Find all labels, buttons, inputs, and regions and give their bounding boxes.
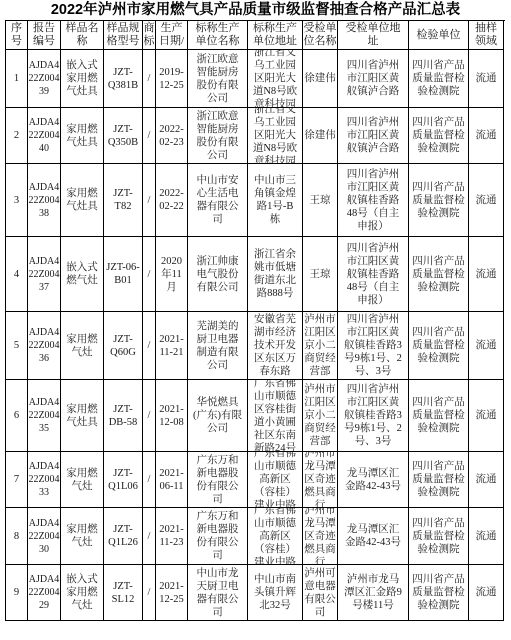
cell-text: 芜湖美的厨卫电器制造有限公司: [192, 320, 243, 372]
cell-text: 浙江省余姚市低塘街道东北路888号: [252, 248, 298, 300]
cell-text: /: [148, 409, 151, 422]
table-cell: 2022-02-22: [156, 164, 188, 237]
cell-text: 家用燃气灶具: [64, 123, 100, 149]
table-cell: 家用燃气灶具: [61, 380, 104, 452]
column-header: 受检单位地址: [338, 21, 409, 50]
cell-text: 流通: [476, 129, 497, 142]
cell-text: /: [148, 473, 151, 486]
table-cell: 2022-02-23: [156, 108, 188, 164]
cell-text: 广东省佛山市顺德高新区（容桂）建业中路: [252, 452, 298, 508]
table-cell: JZT-DB-58: [104, 380, 143, 452]
cell-text: 浙江省义乌工业园区阳光大道N8号欧意科技园: [252, 50, 298, 108]
cell-text: AJDA422Z00440: [28, 116, 60, 155]
cell-text: /: [148, 72, 151, 85]
cell-text: 四川省产品质量监督检验检测院: [410, 181, 467, 220]
cell-text: 5: [14, 339, 19, 352]
cell-text: JZT-DB-58: [106, 403, 140, 429]
column-header: 商标: [143, 21, 156, 50]
cell-text: 广东省佛山市顺德区容桂街道小黄圃社区东南新路24号: [252, 380, 298, 452]
cell-text: JZT-Q1L26: [106, 523, 140, 549]
cell-text: /: [148, 129, 151, 142]
table-cell: 浙江省义乌工业园区阳光大道N8号欧意科技园: [248, 50, 303, 108]
cell-text: AJDA422Z00437: [28, 255, 60, 294]
cell-text: 2021-11-21: [156, 333, 187, 359]
table-cell: 泸州市江阳区京小二商贸经营部: [303, 312, 338, 380]
column-header-label: 检验单位: [417, 29, 461, 42]
cell-text: AJDA422Z00439: [28, 59, 60, 98]
cell-text: 浙江欧意智能厨房股份有限公司: [192, 53, 243, 105]
cell-text: 龙马潭区汇金路42-43号: [342, 523, 404, 549]
column-header: 样品名称: [61, 21, 104, 50]
cell-text: 中山市南头镇升辉北32号: [252, 573, 298, 612]
cell-text: 华悦燃具(广东)有限公司: [192, 396, 243, 435]
cell-text: 流通: [476, 409, 497, 422]
cell-text: 广东省佛山市顺德高新区（容桂）建业中路: [252, 508, 298, 565]
cell-text: JZT-T82: [106, 187, 140, 213]
table-cell: 1: [6, 50, 28, 108]
table-cell: 5: [6, 312, 28, 380]
table-cell: /: [143, 237, 156, 312]
cell-text: 泸州市江阳区京小二商贸经营部: [303, 313, 337, 378]
table-cell: 四川省产品质量监督检验检测院: [409, 452, 469, 508]
cell-text: 四川省产品质量监督检验检测院: [410, 116, 467, 155]
table-cell: 2021-11-21: [156, 312, 188, 380]
table-cell: /: [143, 108, 156, 164]
table-cell: 广东省佛山市顺德高新区（容桂）建业中路: [248, 452, 303, 508]
cell-text: 家用燃气灶具: [64, 187, 100, 213]
table-cell: 流通: [469, 50, 504, 108]
cell-text: 流通: [476, 586, 497, 599]
cell-text: /: [148, 339, 151, 352]
cell-text: 四川省产品质量监督检验检测院: [410, 573, 467, 612]
table-cell: 流通: [469, 452, 504, 508]
cell-text: 徐建伟: [304, 72, 336, 85]
table-cell: AJDA422Z00436: [28, 312, 61, 380]
cell-text: 2021-11-23: [156, 523, 187, 549]
table-cell: 泸州市龙马潭区奇迹燃具商行: [303, 508, 338, 565]
table-cell: 广东万和新电器股份有限公司: [188, 452, 248, 508]
table-cell: 泸州市龙马潭区奇迹燃具商行: [303, 452, 338, 508]
table-cell: JZT-Q350B: [104, 108, 143, 164]
table-cell: AJDA422Z00438: [28, 164, 61, 237]
cell-text: AJDA422Z00435: [28, 396, 60, 435]
table-cell: AJDA422Z00440: [28, 108, 61, 164]
cell-text: JZT-Q60G: [106, 333, 140, 359]
table-cell: 2020年11月: [156, 237, 188, 312]
cell-text: 家用燃气灶: [64, 523, 100, 549]
column-header-label: 样品规格型号: [106, 22, 140, 48]
cell-text: 流通: [476, 72, 497, 85]
cell-text: 2021-12-08: [156, 403, 187, 429]
table-cell: 家用燃气灶具: [61, 164, 104, 237]
cell-text: 中山市三角镇金煌路1号-B栋: [252, 174, 298, 226]
cell-text: 2019-12-25: [156, 66, 187, 92]
table-cell: 四川省产品质量监督检验检测院: [409, 50, 469, 108]
table-cell: 流通: [469, 164, 504, 237]
table-cell: 中山市安心生活电器有限公司: [188, 164, 248, 237]
table-cell: 四川省泸州市江阳区黄舣镇桂香路3号9栋1号、2号、3号: [338, 380, 409, 452]
cell-text: 四川省产品质量监督检验检测院: [410, 59, 467, 98]
table-cell: 四川省泸州市江阳区黄舣镇泸合路: [338, 108, 409, 164]
table-cell: AJDA422Z00437: [28, 237, 61, 312]
cell-text: JZT-Q381B: [106, 66, 140, 92]
cell-text: 2021-12-25: [156, 580, 187, 606]
table-cell: /: [143, 452, 156, 508]
cell-text: 4: [14, 268, 19, 281]
table-cell: 中山市龙天厨卫电器有限公司: [188, 565, 248, 621]
table-cell: 芜湖美的厨卫电器制造有限公司: [188, 312, 248, 380]
cell-text: 2022-02-23: [156, 123, 187, 149]
summary-table: 序号报告编号样品名称样品规格型号商标生产日期/标称生产单位名称标称生产单位地址受…: [5, 20, 505, 621]
cell-text: 浙江省义乌工业园区阳光大道N8号欧意科技园: [252, 108, 298, 164]
cell-text: 浙江帅康电气股份有限公司: [192, 255, 243, 294]
cell-text: 家用燃气灶: [64, 333, 100, 359]
table-cell: 龙马潭区汇金路42-43号: [338, 508, 409, 565]
table-cell: JZT-Q1L26: [104, 508, 143, 565]
cell-text: 嵌入式家用燃气灶具: [64, 59, 100, 98]
cell-text: AJDA422Z00438: [28, 181, 60, 220]
table-cell: 华悦燃具(广东)有限公司: [188, 380, 248, 452]
cell-text: 浙江欧意智能厨房股份有限公司: [192, 110, 243, 162]
table-cell: AJDA422Z00430: [28, 508, 61, 565]
cell-text: /: [148, 586, 151, 599]
cell-text: 四川省泸州市江阳区黄舣镇泸合路: [342, 116, 404, 155]
cell-text: 2022-02-22: [156, 187, 187, 213]
column-header-label: 受检单位地址: [342, 22, 404, 48]
table-cell: 四川省产品质量监督检验检测院: [409, 164, 469, 237]
table-cell: 8: [6, 508, 28, 565]
table-cell: 家用燃气灶: [61, 312, 104, 380]
table-cell: 四川省产品质量监督检验检测院: [409, 508, 469, 565]
cell-text: 四川省产品质量监督检验检测院: [410, 460, 467, 499]
cell-text: AJDA422Z00436: [28, 326, 60, 365]
cell-text: 安徽省芜湖市经济技术开发区东区万春东路: [252, 313, 298, 378]
table-cell: 2021-12-25: [156, 565, 188, 621]
table-cell: 泸州可意电器有限公司: [303, 565, 338, 621]
cell-text: 2021-06-11: [156, 467, 187, 493]
page-title: 2022年泸州市家用燃气具产品质量市级监督抽查合格产品汇总表: [0, 0, 511, 20]
column-header: 序号: [6, 21, 28, 50]
cell-text: 中山市安心生活电器有限公司: [192, 174, 243, 226]
cell-text: 泸州市龙马潭区奇迹燃具商行: [303, 508, 337, 565]
cell-text: 四川省产品质量监督检验检测院: [410, 326, 467, 365]
column-header-label: 商标: [144, 22, 155, 48]
column-header-label: 标称生产单位地址: [252, 22, 298, 48]
table-cell: 广东省佛山市顺德高新区（容桂）建业中路: [248, 508, 303, 565]
column-header: 检验单位: [409, 21, 469, 50]
column-header: 报告编号: [28, 21, 61, 50]
table-cell: 四川省泸州市江阳区黄舣镇桂香路48号（自主申报）: [338, 237, 409, 312]
cell-text: 流通: [476, 473, 497, 486]
table-cell: 9: [6, 565, 28, 621]
cell-text: /: [148, 268, 151, 281]
table-cell: 中山市三角镇金煌路1号-B栋: [248, 164, 303, 237]
column-header-label: 报告编号: [29, 22, 59, 48]
cell-text: 四川省泸州市江阳区黄舣镇桂香路3号9栋1号、2号、3号: [342, 383, 404, 448]
column-header-label: 生产日期/: [156, 22, 187, 48]
cell-text: 流通: [476, 194, 497, 207]
table-cell: 广东省佛山市顺德区容桂街道小黄圃社区东南新路24号: [248, 380, 303, 452]
cell-text: 泸州市龙马潭区汇金路9号楼11号: [342, 573, 404, 612]
table-cell: JZT-Q60G: [104, 312, 143, 380]
cell-text: AJDA422Z00429: [28, 573, 60, 612]
cell-text: 徐建伟: [304, 129, 336, 142]
table-cell: 2019-12-25: [156, 50, 188, 108]
cell-text: 1: [14, 72, 19, 85]
table-cell: 家用燃气灶具: [61, 108, 104, 164]
table-cell: JZT-SL12: [104, 565, 143, 621]
column-header: 标称生产单位地址: [248, 21, 303, 50]
cell-text: JZT-Q1L06: [106, 467, 140, 493]
column-header: 生产日期/: [156, 21, 188, 50]
table-cell: AJDA422Z00433: [28, 452, 61, 508]
table-cell: 2021-06-11: [156, 452, 188, 508]
cell-text: JZT-Q350B: [106, 123, 140, 149]
cell-text: AJDA422Z00430: [28, 517, 60, 556]
cell-text: 四川省产品质量监督检验检测院: [410, 255, 467, 294]
table-cell: JZT-Q1L06: [104, 452, 143, 508]
column-header: 标称生产单位名称: [188, 21, 248, 50]
column-header-label: 抽样领域: [470, 22, 502, 48]
table-cell: 嵌入式燃气灶: [61, 237, 104, 312]
table-cell: 泸州市江阳区京小二商贸经营部: [303, 380, 338, 452]
cell-text: 流通: [476, 530, 497, 543]
cell-text: 广东万和新电器股份有限公司: [192, 454, 243, 506]
table-cell: 流通: [469, 312, 504, 380]
table-cell: AJDA422Z00439: [28, 50, 61, 108]
cell-text: 中山市龙天厨卫电器有限公司: [192, 567, 243, 619]
column-header-label: 序号: [7, 22, 26, 48]
cell-text: 嵌入式家用燃气灶: [64, 573, 100, 612]
column-header: 受检单位名称: [303, 21, 338, 50]
table-cell: 龙马潭区汇金路42-43号: [338, 452, 409, 508]
cell-text: 泸州市龙马潭区奇迹燃具商行: [303, 452, 337, 508]
table-cell: 中山市南头镇升辉北32号: [248, 565, 303, 621]
cell-text: 家用燃气灶具: [64, 403, 100, 429]
table-cell: 泸州市龙马潭区汇金路9号楼11号: [338, 565, 409, 621]
table-cell: 流通: [469, 380, 504, 452]
cell-text: 四川省泸州市江阳区黄舣镇桂香路3号9栋1号、2号、3号: [342, 313, 404, 378]
table-cell: 嵌入式家用燃气灶: [61, 565, 104, 621]
table-cell: 安徽省芜湖市经济技术开发区东区万春东路: [248, 312, 303, 380]
cell-text: 流通: [476, 268, 497, 281]
table-cell: 广东万和新电器股份有限公司: [188, 508, 248, 565]
table-cell: 四川省泸州市江阳区黄舣镇桂香路48号（自主申报）: [338, 164, 409, 237]
cell-text: 2020年11月: [156, 255, 187, 294]
cell-text: 8: [14, 530, 19, 543]
table-cell: 徐建伟: [303, 50, 338, 108]
cell-text: AJDA422Z00433: [28, 460, 60, 499]
cell-text: 3: [14, 194, 19, 207]
table-cell: JZT-T82: [104, 164, 143, 237]
table-cell: JZT-06-B01: [104, 237, 143, 312]
cell-text: 2: [14, 129, 19, 142]
table-cell: /: [143, 50, 156, 108]
document-page: 2022年泸州市家用燃气具产品质量市级监督抽查合格产品汇总表 序号报告编号样品名…: [0, 0, 511, 640]
table-cell: 浙江帅康电气股份有限公司: [188, 237, 248, 312]
column-header: 样品规格型号: [104, 21, 143, 50]
cell-text: JZT-06-B01: [106, 261, 140, 287]
table-cell: /: [143, 164, 156, 237]
table-cell: 四川省产品质量监督检验检测院: [409, 565, 469, 621]
table-cell: 浙江欧意智能厨房股份有限公司: [188, 50, 248, 108]
table-cell: AJDA422Z00435: [28, 380, 61, 452]
cell-text: 泸州市江阳区京小二商贸经营部: [303, 383, 337, 448]
table-cell: 浙江欧意智能厨房股份有限公司: [188, 108, 248, 164]
table-cell: 王琼: [303, 237, 338, 312]
cell-text: 王琼: [310, 268, 331, 281]
cell-text: /: [148, 194, 151, 207]
column-header-label: 受检单位名称: [303, 22, 337, 48]
cell-text: 王琼: [310, 194, 331, 207]
table-cell: 3: [6, 164, 28, 237]
column-header-label: 标称生产单位名称: [192, 22, 243, 48]
cell-text: /: [148, 530, 151, 543]
table-cell: 2021-11-23: [156, 508, 188, 565]
table-cell: 2: [6, 108, 28, 164]
cell-text: 9: [14, 586, 19, 599]
table-cell: 流通: [469, 237, 504, 312]
table-cell: AJDA422Z00429: [28, 565, 61, 621]
table-cell: 家用燃气灶: [61, 452, 104, 508]
table-cell: 四川省产品质量监督检验检测院: [409, 312, 469, 380]
table-cell: /: [143, 508, 156, 565]
table-cell: /: [143, 380, 156, 452]
table-cell: 2021-12-08: [156, 380, 188, 452]
table-cell: 四川省泸州市江阳区黄舣镇泸合路: [338, 50, 409, 108]
cell-text: 广东万和新电器股份有限公司: [192, 510, 243, 562]
cell-text: 嵌入式燃气灶: [64, 261, 100, 287]
table-cell: 4: [6, 237, 28, 312]
column-header-label: 样品名称: [64, 22, 100, 48]
table-cell: 四川省泸州市江阳区黄舣镇桂香路3号9栋1号、2号、3号: [338, 312, 409, 380]
table-cell: 四川省产品质量监督检验检测院: [409, 237, 469, 312]
cell-text: 四川省产品质量监督检验检测院: [410, 517, 467, 556]
cell-text: 四川省泸州市江阳区黄舣镇桂香路48号（自主申报）: [342, 242, 404, 307]
table-cell: 流通: [469, 508, 504, 565]
table-cell: 流通: [469, 108, 504, 164]
cell-text: JZT-SL12: [106, 580, 140, 606]
table-cell: /: [143, 565, 156, 621]
table-cell: 四川省产品质量监督检验检测院: [409, 380, 469, 452]
table-cell: 王琼: [303, 164, 338, 237]
table-cell: 浙江省余姚市低塘街道东北路888号: [248, 237, 303, 312]
table-cell: 7: [6, 452, 28, 508]
table-cell: 徐建伟: [303, 108, 338, 164]
cell-text: 四川省产品质量监督检验检测院: [410, 396, 467, 435]
table-cell: 四川省产品质量监督检验检测院: [409, 108, 469, 164]
cell-text: 流通: [476, 339, 497, 352]
table-cell: JZT-Q381B: [104, 50, 143, 108]
cell-text: 四川省泸州市江阳区黄舣镇桂香路48号（自主申报）: [342, 168, 404, 233]
table-cell: 嵌入式家用燃气灶具: [61, 50, 104, 108]
cell-text: 7: [14, 473, 19, 486]
table-cell: /: [143, 312, 156, 380]
cell-text: 龙马潭区汇金路42-43号: [342, 467, 404, 493]
table-cell: 浙江省义乌工业园区阳光大道N8号欧意科技园: [248, 108, 303, 164]
table-cell: 6: [6, 380, 28, 452]
cell-text: 6: [14, 409, 19, 422]
cell-text: 家用燃气灶: [64, 467, 100, 493]
column-header: 抽样领域: [469, 21, 504, 50]
cell-text: 四川省泸州市江阳区黄舣镇泸合路: [342, 59, 404, 98]
table-cell: 家用燃气灶: [61, 508, 104, 565]
table-cell: 流通: [469, 565, 504, 621]
cell-text: 泸州可意电器有限公司: [303, 567, 337, 619]
